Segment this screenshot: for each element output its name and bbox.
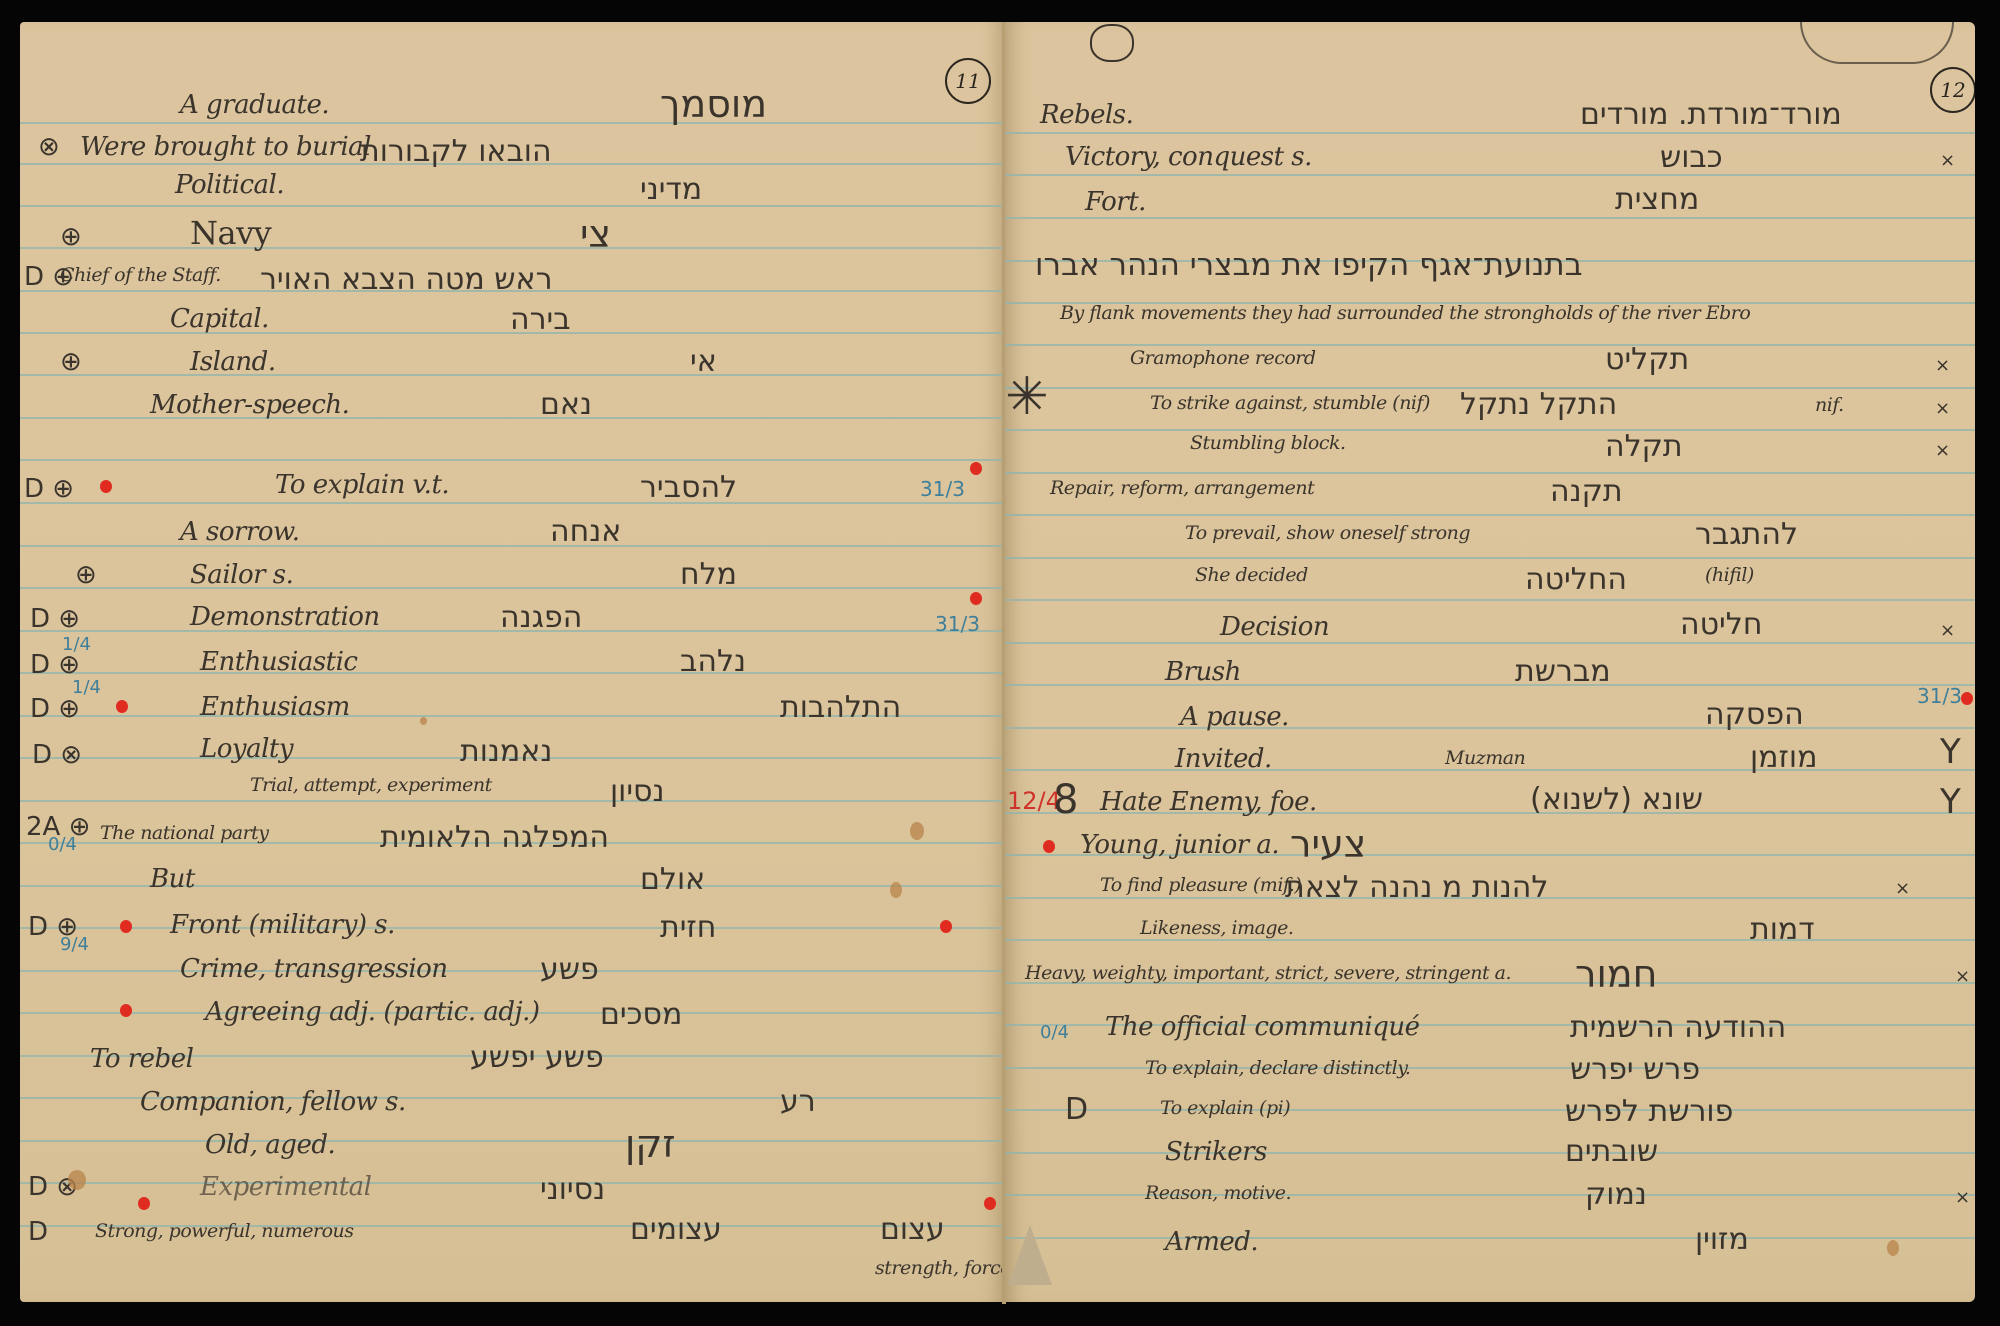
english-term: But [150, 864, 195, 894]
vocab-entry: Mother-speech. [150, 390, 349, 420]
red-dot-marker [970, 462, 982, 475]
vocab-entry: A graduate. [180, 90, 329, 120]
hebrew-term: שובתים [1565, 1134, 1658, 1169]
vocab-entry: To rebel [90, 1044, 193, 1074]
vocab-entry: Stumbling block. [1190, 432, 1346, 454]
side-date-note: 0/4 [48, 834, 77, 855]
vocab-entry: Repair, reform, arrangement [1050, 477, 1314, 499]
stain [1887, 1240, 1899, 1256]
vocab-entry: She decided [1195, 564, 1308, 586]
hebrew-sentence: בתנועת־אגף הקיפו את מבצרי הנהר אברו [1035, 247, 1583, 283]
notebook-left-page: 11 A graduate. מוסמך ⊗ Were brought to b… [20, 22, 1005, 1302]
english-term: Enthusiasm [200, 692, 350, 722]
vocab-entry: Invited. [1175, 744, 1272, 774]
hebrew-term: המפלגה הלאומית [380, 820, 609, 855]
date-note: 31/3 [1917, 684, 1962, 708]
hebrew-term: בירה [510, 302, 571, 337]
hebrew-term: זקן [625, 1122, 675, 1166]
stain [68, 1170, 86, 1190]
vocab-entry: A sorrow. [180, 517, 299, 547]
check-x-mark: × [1895, 878, 1910, 899]
english-sentence-gloss: By flank movements they had surrounded t… [1060, 302, 1750, 324]
check-x-mark: × [1940, 150, 1955, 171]
english-term: Gramophone record [1130, 347, 1316, 369]
english-term: Old, aged. [205, 1130, 335, 1160]
vocab-entry: Political. [175, 170, 284, 200]
english-term: Hate Enemy, foe. [1100, 787, 1317, 817]
stain [420, 717, 427, 725]
hebrew-term: מסכים [600, 997, 682, 1032]
english-term: The official communiqué [1105, 1012, 1420, 1042]
stain [890, 882, 902, 898]
red-dot-marker [120, 1004, 132, 1017]
vocab-entry: Decision [1220, 612, 1329, 642]
vocab-entry: Heavy, weighty, important, strict, sever… [1025, 962, 1511, 984]
y-mark-icon: Y [1940, 732, 1961, 772]
english-term: Agreeing adj. (partic. adj.) [205, 997, 540, 1027]
hebrew-term: אנחה [550, 514, 621, 549]
hebrew-term: מחצית [1615, 182, 1699, 217]
english-term: Muzman [1445, 747, 1525, 769]
grammar-note: nif. [1815, 394, 1844, 416]
circled-plus-icon: ⊕ [75, 560, 97, 590]
y-mark-icon: Y [1940, 782, 1961, 822]
vocab-entry: Were brought to burial [80, 132, 371, 162]
check-x-mark: × [1940, 620, 1955, 641]
vocab-entry: To explain, declare distinctly. [1145, 1057, 1410, 1079]
vocab-entry: Strong, powerful, numerous [95, 1220, 354, 1242]
hebrew-term: פשע [540, 952, 599, 987]
hebrew-term: התקל נתקל [1460, 387, 1617, 422]
english-term: Repair, reform, arrangement [1050, 477, 1314, 499]
vocab-entry: Enthusiastic [200, 647, 358, 677]
side-date-note: 9/4 [60, 934, 89, 955]
doodle-icon [1800, 22, 1954, 64]
grammar-note: (hifil) [1705, 564, 1754, 586]
side-date-note: 0/4 [1040, 1022, 1069, 1043]
hebrew-term: אולם [640, 862, 705, 897]
side-date-note: 1/4 [62, 634, 91, 655]
check-x-mark: × [1955, 966, 1970, 987]
vocab-entry: A pause. [1180, 702, 1289, 732]
hebrew-term: דמות [1750, 912, 1815, 947]
red-dot-marker [970, 592, 982, 605]
english-term: Victory, conquest s. [1065, 142, 1312, 172]
english-term: Strong, powerful, numerous [95, 1220, 354, 1242]
vocab-entry: Trial, attempt, experiment [250, 774, 492, 796]
red-dot-marker [116, 700, 128, 713]
hebrew-term: הובאו לקבורות [360, 134, 552, 169]
english-term: Fort. [1085, 187, 1146, 217]
vocab-entry: Navy [190, 214, 271, 252]
check-x-mark: × [1935, 398, 1950, 419]
english-term: Front (military) s. [170, 910, 395, 940]
review-mark: D ⊗ [32, 740, 82, 770]
red-dot-marker [120, 920, 132, 933]
red-dot-marker [138, 1197, 150, 1210]
vocab-entry: The official communiqué [1105, 1012, 1420, 1042]
english-term: Decision [1220, 612, 1329, 642]
english-term: She decided [1195, 564, 1308, 586]
review-mark: D ⊕ [30, 604, 80, 634]
hebrew-term: מדיני [640, 172, 702, 207]
english-term: Heavy, weighty, important, strict, sever… [1025, 962, 1511, 984]
english-term: To rebel [90, 1044, 193, 1074]
english-term: Navy [190, 214, 271, 252]
review-mark: D ⊕ [24, 474, 74, 504]
vocab-entry: Crime, transgression [180, 954, 448, 984]
doodle-icon [1090, 24, 1134, 62]
english-term: To explain v.t. [275, 470, 449, 500]
page-number: 12 [1930, 67, 1975, 113]
english-term: To prevail, show oneself strong [1185, 522, 1470, 544]
english-term: Brush [1165, 657, 1241, 687]
english-term: strength, force [875, 1257, 1005, 1279]
hebrew-term: מורד־מורדת. מורדים [1580, 97, 1842, 132]
english-term: Reason, motive. [1145, 1182, 1291, 1204]
vocab-entry: Strikers [1165, 1137, 1267, 1167]
english-term: Armed. [1165, 1227, 1258, 1257]
red-dot-marker [940, 920, 952, 933]
hebrew-term: ההודעה הרשמית [1570, 1010, 1786, 1045]
asterisk-icon: ✳ [1005, 367, 1049, 427]
transliteration-note: Muzman [1445, 747, 1525, 769]
vocab-entry: Brush [1165, 657, 1241, 687]
vocab-entry: To explain (pi) [1160, 1097, 1290, 1119]
english-term: Strikers [1165, 1137, 1267, 1167]
vocab-entry: Young, junior a. [1080, 830, 1279, 860]
english-term: Were brought to burial [80, 132, 371, 162]
english-term: Sailor s. [190, 560, 293, 590]
vocab-entry: Capital. [170, 304, 269, 334]
english-term: A graduate. [180, 90, 329, 120]
english-term: The national party [100, 822, 269, 844]
circled-x-icon: ⊗ [38, 132, 60, 162]
vocab-entry: Chief of the Staff. [60, 264, 221, 286]
hebrew-term: מברשת [1515, 654, 1611, 689]
hebrew-term: תקליט [1605, 342, 1689, 377]
review-mark: D [1065, 1092, 1088, 1127]
vocab-entry: Reason, motive. [1145, 1182, 1291, 1204]
hebrew-term: פרש יפרש [1570, 1052, 1700, 1087]
vocab-entry: To prevail, show oneself strong [1185, 522, 1470, 544]
hebrew-term: התלהבות [780, 690, 901, 725]
hebrew-term: נסיוני [540, 1172, 605, 1207]
vocab-entry: Experimental [200, 1172, 371, 1202]
page-corner-fold [1008, 1225, 1052, 1285]
vocab-entry: Fort. [1085, 187, 1146, 217]
english-term: Mother-speech. [150, 390, 349, 420]
english-term: Young, junior a. [1080, 830, 1279, 860]
vocab-entry: Island. [190, 347, 276, 377]
english-term: Demonstration [190, 602, 380, 632]
review-mark: D [28, 1217, 48, 1247]
date-note: 31/3 [920, 477, 965, 501]
english-term: Companion, fellow s. [140, 1087, 406, 1117]
english-term: Loyalty [200, 734, 293, 764]
english-term: Experimental [200, 1172, 371, 1202]
vocab-entry: Gramophone record [1130, 347, 1316, 369]
hebrew-term: נלהב [680, 644, 746, 679]
vocab-entry: To explain v.t. [275, 470, 449, 500]
red-dot-marker [100, 480, 112, 493]
hebrew-term: הפסקה [1705, 697, 1804, 732]
hebrew-term: חליטה [1680, 607, 1762, 642]
hebrew-term: שונא (לשנוא) [1530, 782, 1703, 817]
review-mark: D ⊕ [30, 694, 80, 724]
hebrew-term: נאם [540, 387, 592, 422]
hebrew-term: עצומים [630, 1212, 722, 1247]
english-term: Likeness, image. [1140, 917, 1293, 939]
page-number: 11 [945, 58, 991, 104]
hebrew-term: נאמנות [460, 734, 552, 769]
vocab-entry: But [150, 864, 195, 894]
side-date-note: 1/4 [72, 677, 101, 698]
check-x-mark: × [1935, 355, 1950, 376]
vocab-entry: Likeness, image. [1140, 917, 1293, 939]
vocab-entry: Armed. [1165, 1227, 1258, 1257]
english-gloss: strength, force [875, 1257, 1005, 1279]
hebrew-term: אי [690, 344, 717, 379]
english-term: To find pleasure (mif.) [1100, 874, 1301, 896]
english-term: To explain, declare distinctly. [1145, 1057, 1410, 1079]
vocab-entry: Victory, conquest s. [1065, 142, 1312, 172]
hebrew-term-alt: עצום [880, 1212, 945, 1247]
english-term: To explain (pi) [1160, 1097, 1290, 1119]
vocab-entry: Enthusiasm [200, 692, 350, 722]
circled-plus-icon: ⊕ [60, 222, 82, 252]
english-term: Trial, attempt, experiment [250, 774, 492, 796]
english-term: Chief of the Staff. [60, 264, 221, 286]
english-term: (hifil) [1705, 564, 1754, 586]
check-x-mark: × [1955, 1187, 1970, 1208]
english-term: A sorrow. [180, 517, 299, 547]
english-term: Enthusiastic [200, 647, 358, 677]
stain [910, 822, 924, 840]
vocab-entry: Sailor s. [190, 560, 293, 590]
vocab-entry: Demonstration [190, 602, 380, 632]
english-term: By flank movements they had surrounded t… [1060, 302, 1750, 324]
figure-eight-icon: 8 [1053, 777, 1078, 823]
english-term: Capital. [170, 304, 269, 334]
red-dot-marker [1043, 840, 1055, 853]
hebrew-term: החליטה [1525, 562, 1627, 597]
hebrew-term: נמוק [1585, 1177, 1647, 1212]
hebrew-term: חמור [1575, 952, 1657, 996]
notebook-right-page: 12 Rebels. מורד־מורדת. מורדים Victory, c… [1005, 22, 1975, 1302]
hebrew-term: רע [780, 1084, 816, 1119]
vocab-entry: Hate Enemy, foe. [1100, 787, 1317, 817]
date-note: 31/3 [935, 612, 980, 636]
hebrew-term: חזית [660, 910, 716, 945]
english-term: Invited. [1175, 744, 1272, 774]
check-x-mark: × [1935, 440, 1950, 461]
vocab-entry: Loyalty [200, 734, 293, 764]
vocab-entry: To strike against, stumble (nif) [1150, 392, 1430, 414]
hebrew-term: תקנה [1550, 474, 1623, 509]
circled-plus-icon: ⊕ [60, 347, 82, 377]
hebrew-term: מזוין [1695, 1222, 1749, 1257]
red-dot-marker [984, 1197, 996, 1210]
hebrew-term: תקלה [1605, 429, 1683, 464]
english-term: Political. [175, 170, 284, 200]
english-term: A pause. [1180, 702, 1289, 732]
hebrew-term: פשע יפשע [470, 1040, 604, 1075]
hebrew-term: צעיר [1290, 822, 1366, 866]
vocab-entry: Agreeing adj. (partic. adj.) [205, 997, 540, 1027]
hebrew-term: להתגבר [1695, 517, 1798, 552]
red-dot-marker [1961, 692, 1973, 705]
vocab-entry: Front (military) s. [170, 910, 395, 940]
vocab-entry: Companion, fellow s. [140, 1087, 406, 1117]
hebrew-term: נסיון [610, 774, 665, 809]
hebrew-term: להסביר [640, 470, 737, 505]
vocab-entry: The national party [100, 822, 269, 844]
vocab-entry: Old, aged. [205, 1130, 335, 1160]
hebrew-term: להנות מ נהנה לצאת [1285, 870, 1548, 905]
hebrew-term: הפגנה [500, 600, 582, 635]
hebrew-term: מלח [680, 557, 737, 592]
hebrew-term: פורשת לפרש [1565, 1094, 1733, 1129]
english-term: To strike against, stumble (nif) [1150, 392, 1430, 414]
english-term: Island. [190, 347, 276, 377]
hebrew-term: מוסמך [660, 82, 767, 126]
english-term: Stumbling block. [1190, 432, 1346, 454]
hebrew-term: ראש מטה הצבא האויר [260, 262, 553, 297]
vocab-entry: Rebels. [1040, 100, 1133, 130]
hebrew-term: מוזמן [1750, 740, 1818, 775]
hebrew-term: צי [580, 212, 611, 256]
vocab-entry: To find pleasure (mif.) [1100, 874, 1301, 896]
english-term: Crime, transgression [180, 954, 448, 984]
english-term: Rebels. [1040, 100, 1133, 130]
english-term: nif. [1815, 394, 1844, 416]
hebrew-term: כבוש [1660, 140, 1723, 175]
